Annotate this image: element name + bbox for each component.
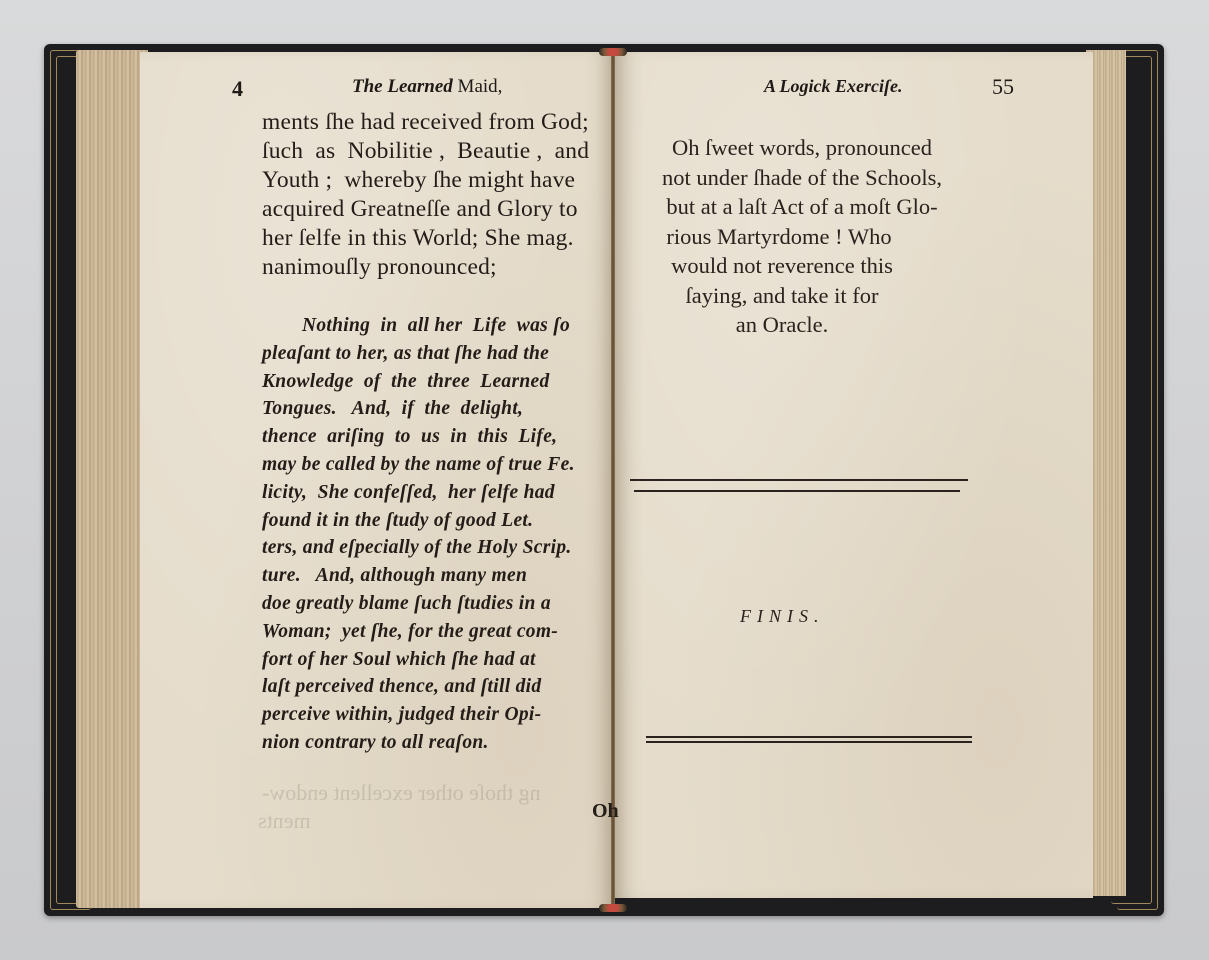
text-line: Tongues. And, if the delight, [262, 395, 620, 423]
text-line: Woman; yet ſhe, for the great com- [262, 618, 620, 646]
text-line: Knowledge of the three Learned [262, 368, 620, 396]
text-line: Nothing in all her Life was ſo [262, 312, 620, 340]
double-rule-top-upper [630, 479, 968, 481]
text-line: licity, She confeſſed, her ſelfe had [262, 479, 620, 507]
text-line: would not reverence this [622, 251, 982, 281]
running-head-roman: Maid, [458, 76, 503, 97]
text-line: but at a laſt Act of a moſt Glo- [622, 192, 982, 222]
text-line: Oh ſweet words, pronounced [622, 133, 982, 163]
double-rule-top-lower [634, 490, 960, 492]
text-line: thence ariſing to us in this Life, [262, 423, 620, 451]
left-running-head: The Learned Maid, [352, 76, 502, 98]
text-line: doe greatly blame ſuch ſtudies in a [262, 590, 620, 618]
left-page-number: 4 [232, 76, 243, 102]
left-italic-paragraph: Nothing in all her Life was ſo pleaſant … [262, 312, 620, 757]
text-line: pleaſant to her, as that ſhe had the [262, 340, 620, 368]
text-line: ture. And, although many men [262, 562, 620, 590]
text-line: Youth ; whereby ſhe might have [262, 166, 624, 195]
running-head-italic: The Learned [352, 76, 453, 97]
text-line: may be called by the name of true Fe. [262, 451, 620, 479]
catchword: Oh [592, 800, 619, 823]
double-rule-bottom-lower [646, 741, 972, 743]
text-line: ſuch as Nobilitie , Beautie , and [262, 137, 624, 166]
text-line: nanimouſly pronounced; [262, 253, 624, 282]
text-line: her ſelfe in this World; She mag. [262, 224, 624, 253]
right-page-text: Oh ſweet words, pronounced not under ſha… [622, 133, 982, 340]
finis-label: FINIS. [740, 606, 825, 627]
right-page-number: 55 [992, 74, 1014, 100]
text-line: nion contrary to all reaſon. [262, 729, 620, 757]
text-line: fort of her Soul which ſhe had at [262, 646, 620, 674]
left-roman-text: ments ſhe had received from God; ſuch as… [262, 108, 624, 282]
text-line: an Oracle. [622, 310, 982, 340]
show-through-text: ng thoſe other excellent endow- [262, 780, 541, 806]
text-line: not under ſhade of the Schools, [622, 163, 982, 193]
double-rule-bottom-upper [646, 736, 972, 738]
headband-top [599, 48, 627, 56]
text-line: ments ſhe had received from God; [262, 108, 624, 137]
text-line: ſaying, and take it for [622, 281, 982, 311]
show-through-text: ments [258, 808, 311, 834]
text-line: laſt perceived thence, and ſtill did [262, 673, 620, 701]
text-line: acquired Greatneſſe and Glory to [262, 195, 624, 224]
text-line: ters, and eſpecially of the Holy Scrip. [262, 534, 620, 562]
text-line: perceive within, judged their Opi- [262, 701, 620, 729]
right-running-head: A Logick Exerciſe. [764, 76, 902, 97]
text-line: rious Martyrdome ! Who [622, 222, 982, 252]
text-line: found it in the ſtudy of good Let. [262, 507, 620, 535]
page-edges-left [76, 50, 148, 908]
headband-bottom [599, 904, 627, 912]
